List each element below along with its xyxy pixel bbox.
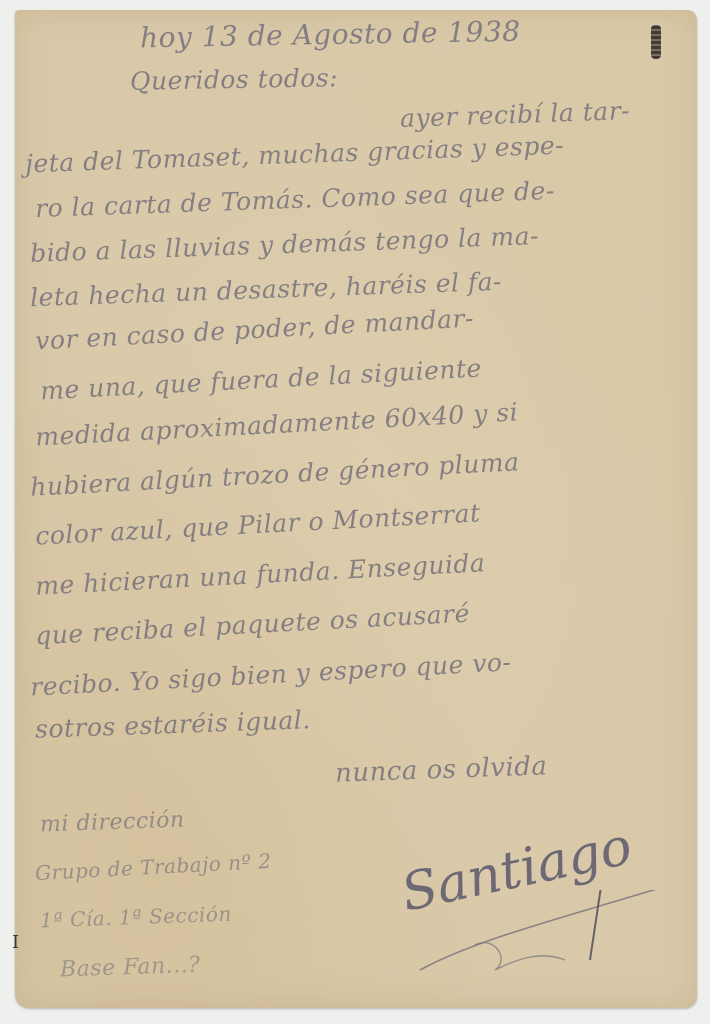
body-line-13: recibo. Yo sigo bien y espero que vo-: [30, 647, 513, 701]
address-line-1: Grupo de Trabajo nº 2: [35, 849, 273, 885]
body-line-6: vor en caso de poder, de mandar-: [35, 304, 475, 356]
body-line-8: medida aproximadamente 60x40 y si: [35, 397, 519, 451]
body-line-1: ayer recibí la tar-: [400, 96, 631, 133]
address-label: mi dirección: [40, 807, 185, 837]
body-line-11: me hicieran una funda. Enseguida: [35, 548, 486, 601]
postcard: hoy 13 de Agosto de 1938 Queridos todos:…: [15, 10, 697, 1008]
body-line-3: ro la carta de Tomás. Como sea que de-: [35, 176, 556, 223]
ink-stamp-icon: [651, 25, 661, 59]
body-line-10: color azul, que Pilar o Montserrat: [35, 498, 482, 550]
body-line-9: hubiera algún trozo de género pluma: [30, 447, 521, 502]
body-line-4: bido a las lluvias y demás tengo la ma-: [30, 221, 540, 268]
body-line-7: me una, que fuera de la siguiente: [40, 353, 483, 405]
address-line-2: 1ª Cía. 1ª Sección: [40, 902, 232, 933]
closing: nunca os olvida: [335, 751, 548, 788]
body-line-14: sotros estaréis igual.: [35, 705, 312, 744]
signature-flourish-icon: [415, 890, 675, 980]
body-line-2: jeta del Tomaset, muchas gracias y espe-: [25, 131, 565, 179]
body-line-12: que reciba el paquete os acusaré: [35, 599, 471, 651]
date-line: hoy 13 de Agosto de 1938: [140, 15, 521, 55]
margin-mark: I: [12, 932, 19, 953]
address-line-3: Base Fan...?: [60, 953, 201, 983]
salutation: Queridos todos:: [130, 63, 339, 96]
